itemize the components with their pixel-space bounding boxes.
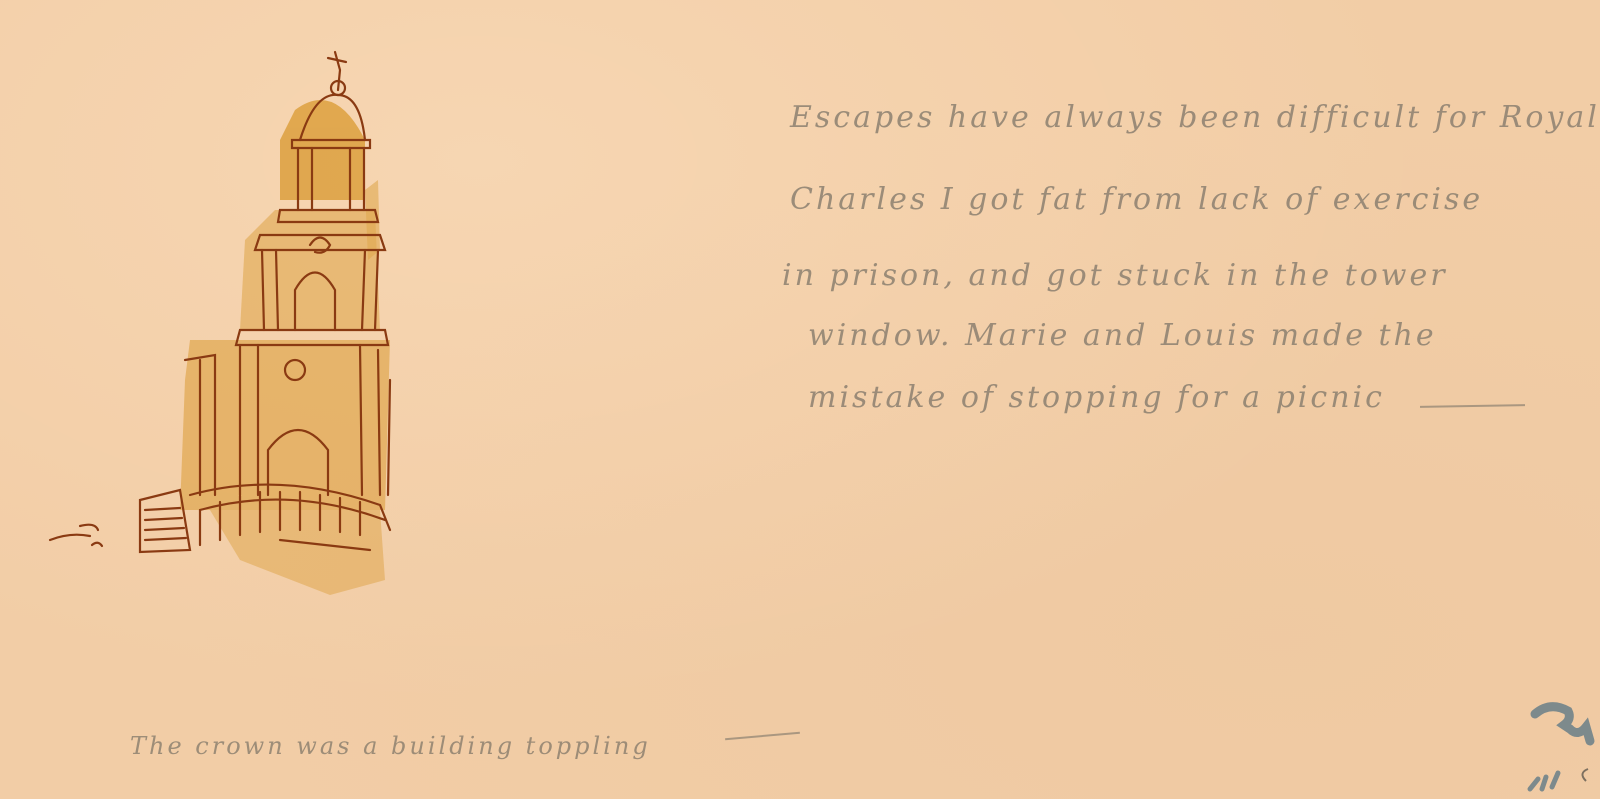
note-line-4: window. Marie and Louis made the	[808, 318, 1437, 353]
note-line-2: Charles I got fat from lack of exercise	[790, 182, 1483, 217]
note-line-5: mistake of stopping for a picnic	[808, 380, 1385, 415]
note-line-1: Escapes have always been difficult for R…	[790, 100, 1600, 135]
note-line-3: in prison, and got stuck in the tower	[782, 258, 1448, 293]
corner-signature-mark	[1490, 689, 1600, 799]
handwritten-caption: The crown was a building toppling	[130, 732, 651, 760]
handwritten-note: Escapes have always been difficult for R…	[790, 100, 1550, 440]
tower-sketch	[40, 40, 420, 620]
wash-layer	[180, 100, 390, 595]
